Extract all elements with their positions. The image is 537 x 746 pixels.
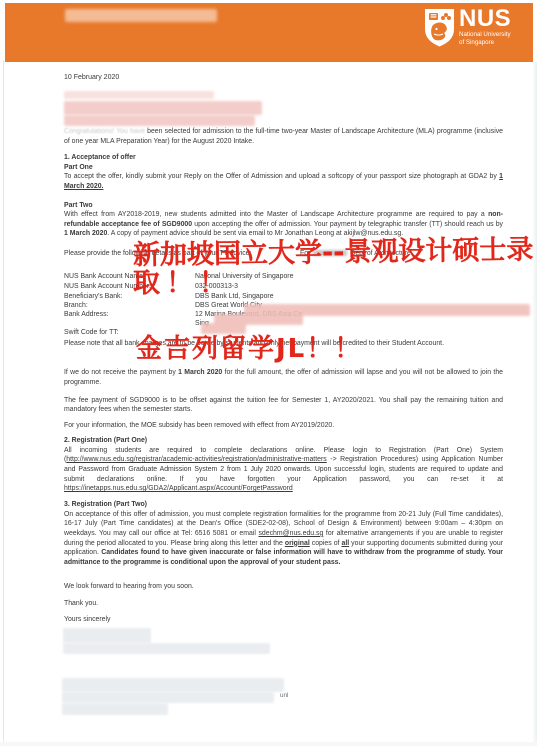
nus-logo-acronym: NUS: [459, 8, 511, 30]
contact-fragment: unl: [280, 692, 288, 699]
contact-redaction: [62, 678, 284, 692]
page-edge-left: [3, 60, 4, 743]
acceptance-paragraph: To accept the offer, kindly submit your …: [64, 172, 503, 191]
nus-logo-subtext-line2: of Singapore: [459, 39, 511, 46]
closing-thanks-line: Thank you.: [64, 599, 503, 609]
contact-redaction: [62, 692, 274, 703]
recipient-address-redaction: [64, 101, 262, 115]
header-redaction: [65, 9, 217, 22]
nus-logo: NUS National University of Singapore: [424, 8, 511, 53]
recipient-name-redaction: [64, 91, 214, 99]
recipient-address-redaction: [64, 115, 255, 126]
nus-shield-icon: [424, 8, 455, 53]
fee-offset-paragraph: The fee payment of SGD9000 is to be offs…: [64, 396, 503, 415]
registration-part-one-paragraph: All incoming students are required to co…: [64, 446, 503, 495]
offer-lapse-paragraph: If we do not receive the payment by 1 Ma…: [64, 368, 503, 387]
registration-part-two-paragraph: On acceptance of this offer of admission…: [64, 510, 503, 568]
closing-forward-line: We look forward to hearing from you soon…: [64, 582, 503, 592]
watermark-line-3: 金吉列留学JL！！: [136, 328, 362, 365]
section-1-heading: 1. Acceptance of offer: [64, 153, 503, 163]
part-two-heading: Part Two: [64, 201, 503, 211]
letter-date: 10 February 2020: [64, 73, 503, 83]
intro-paragraph: Congratulations! You have been selected …: [64, 127, 503, 146]
moe-subsidy-paragraph: For your information, the MOE subsidy ha…: [64, 421, 503, 431]
section-3-heading: 3. Registration (Part Two): [64, 500, 503, 510]
signature-redaction: [63, 628, 151, 643]
nus-logo-subtext-line1: National University: [459, 31, 511, 38]
closing-sincerely-line: Yours sincerely: [64, 615, 503, 625]
page-edge-bottom: [0, 742, 537, 746]
scanned-admission-letter: NUS National University of Singapore 10 …: [0, 0, 537, 746]
signer-name-redaction: [63, 643, 270, 654]
contact-redaction: [62, 703, 168, 715]
page-edge-right: [532, 62, 537, 746]
watermark-line-2: 取！！: [133, 261, 232, 300]
part-one-heading: Part One: [64, 163, 503, 173]
section-2-heading: 2. Registration (Part One): [64, 436, 503, 446]
